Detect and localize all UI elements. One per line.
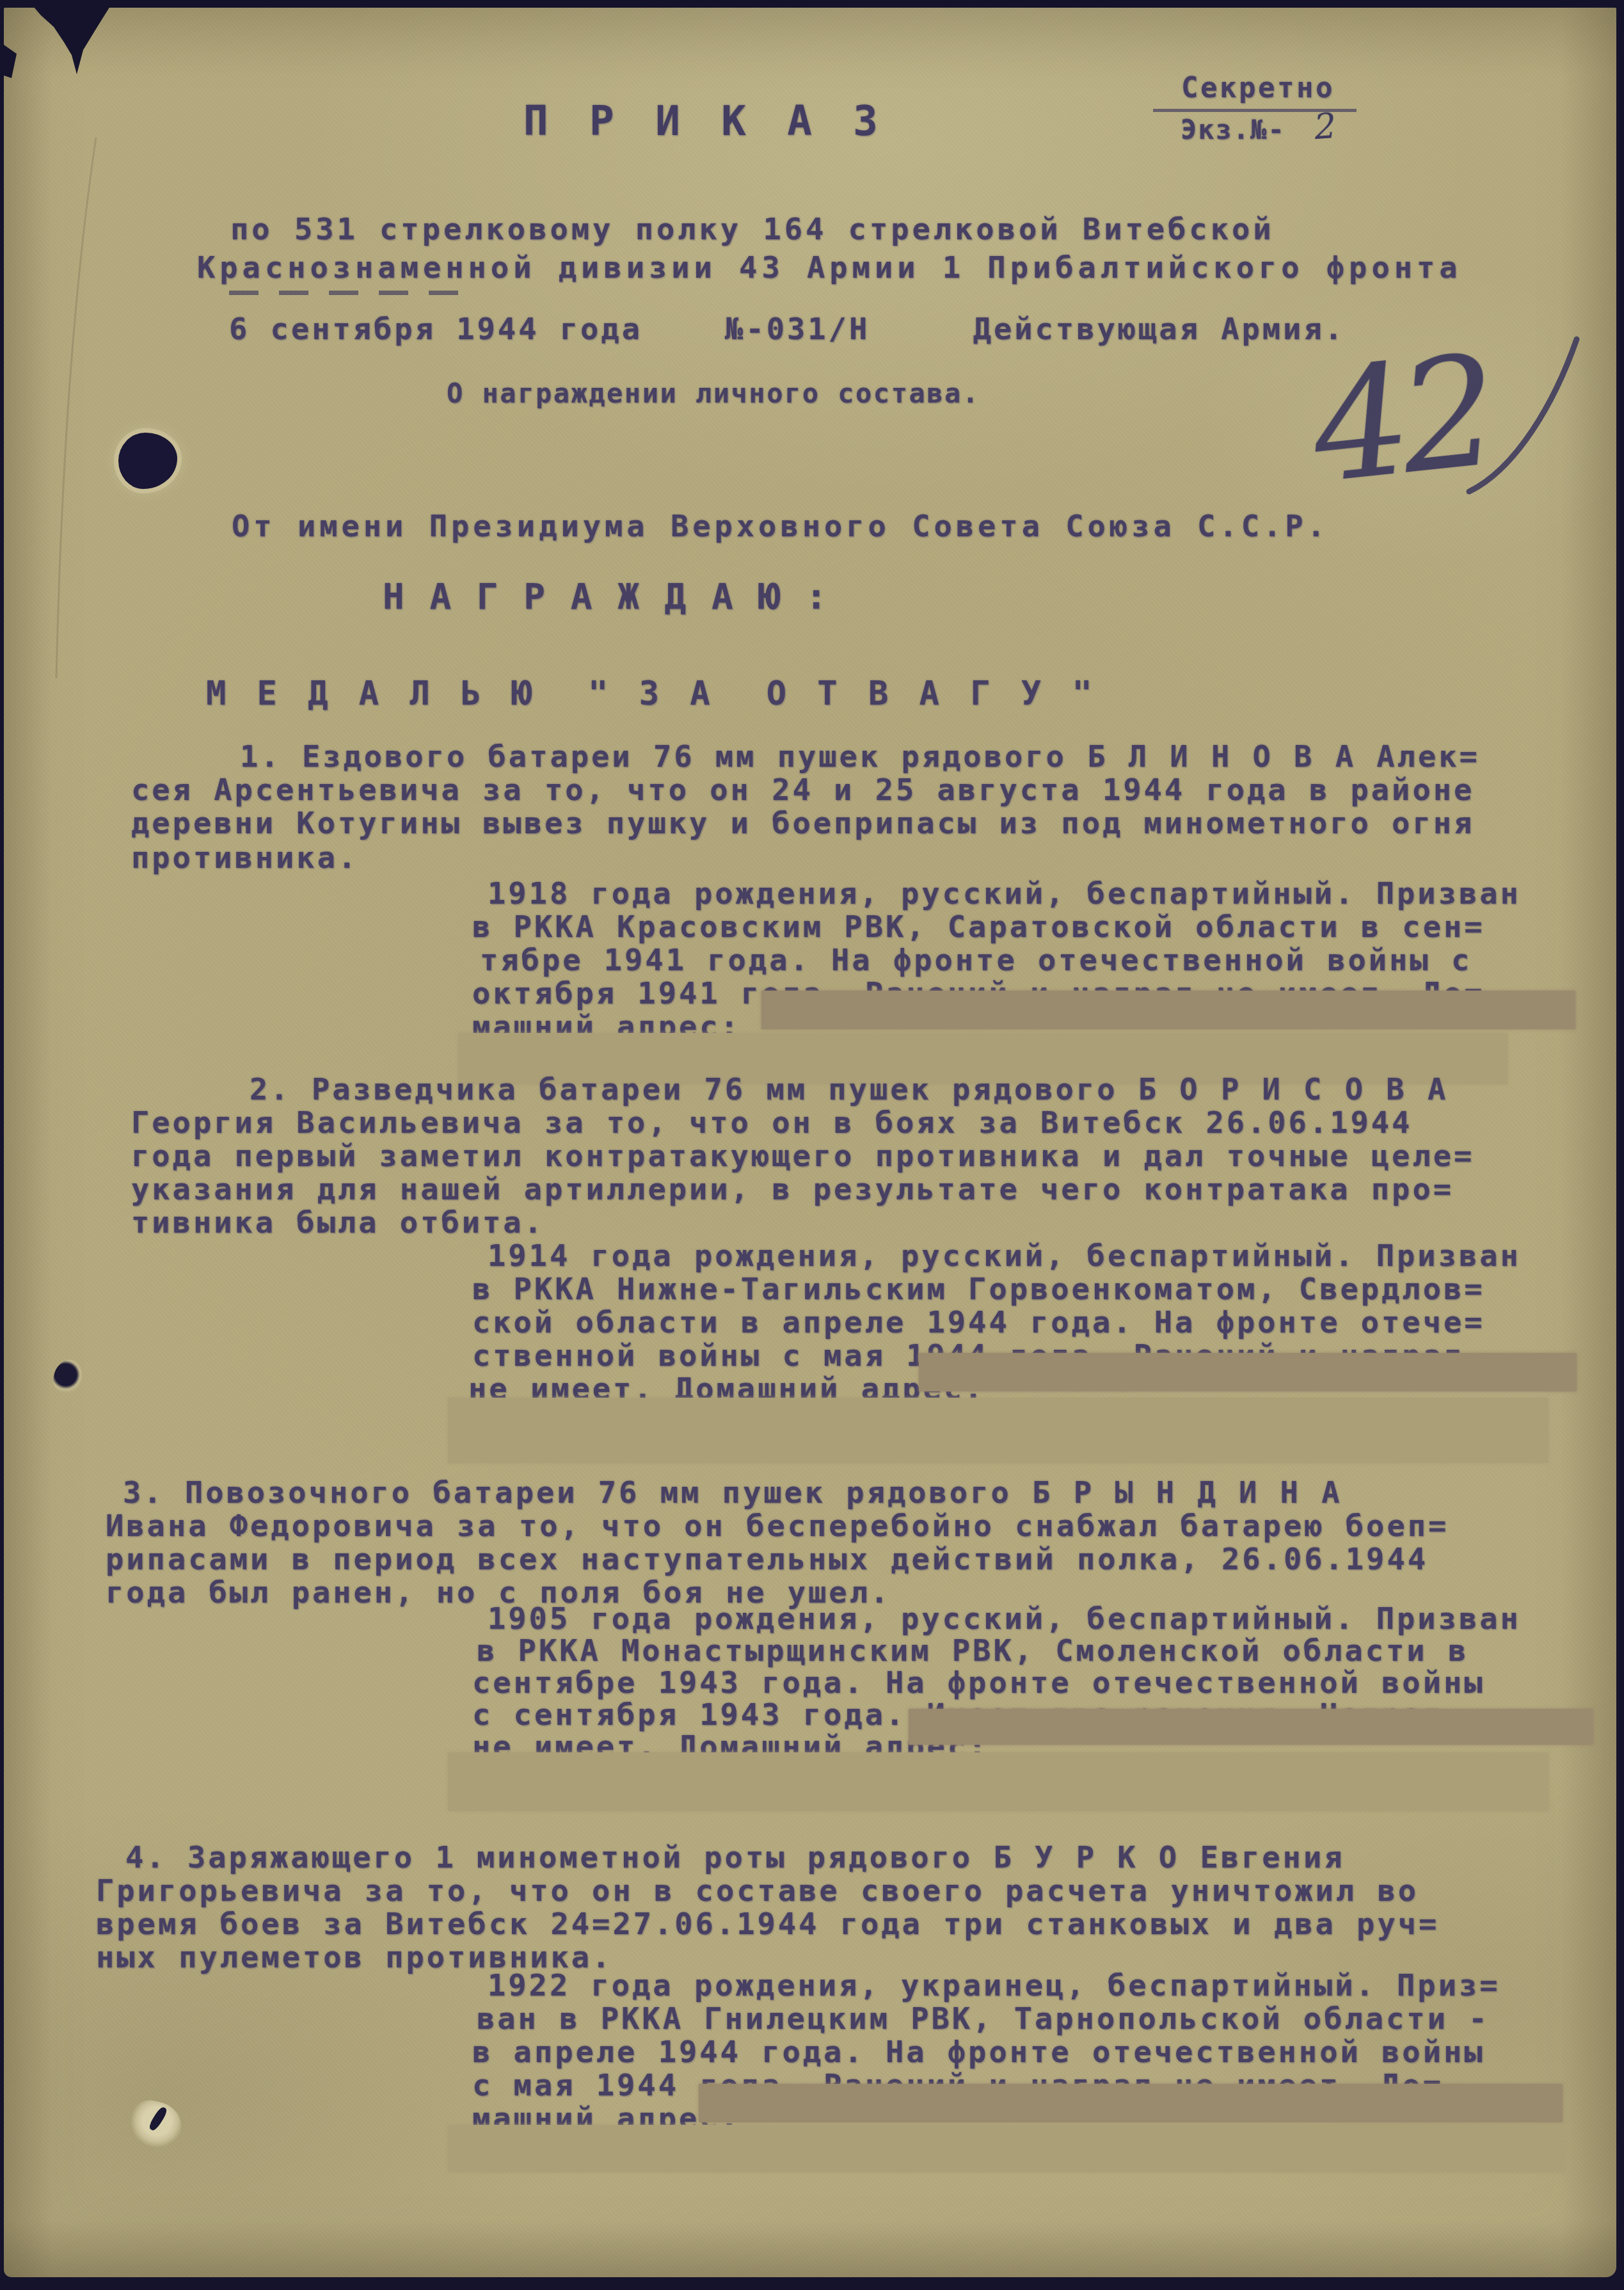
citation-line: тивника была отбита. [131,1207,545,1240]
detail-line: 1905 года рождения, русский, беспартийны… [488,1603,1521,1636]
citation-line: Ивана Федоровича за то, что он бесперебо… [106,1510,1449,1543]
detail-line: в РККА Красовским РВК, Саратовской облас… [472,911,1485,944]
scanned-order-page: Секретно Экз.№- 2 П Р И К А З по 531 стр… [0,0,1624,2290]
citation-line: время боев за Витебск 24=27.06.1944 года… [96,1909,1439,1941]
detail-line: 1918 года рождения, русский, беспартийны… [488,878,1521,911]
redaction-block [919,1353,1577,1391]
detail-line: 1922 года рождения, украинец, беспартийн… [488,1970,1501,2003]
underline-dashes [229,291,465,295]
citation-line: 4. Заряжающего 1 минометной роты рядовог… [125,1842,1345,1875]
citation-line: 3. Повозочного батареи 76 мм пушек рядов… [123,1477,1342,1510]
citation-line: противника. [131,842,358,875]
redaction-block [448,1398,1548,1463]
citation-line: Георгия Васильевича за то, что он в боях… [131,1107,1412,1140]
citation-line: 1. Ездового батареи 76 мм пушек рядового… [240,741,1480,774]
copy-number-label: Экз.№- [1181,115,1286,144]
detail-line: в РККА Нижне-Тагильским Горвоенкоматом, … [472,1274,1485,1306]
detail-line: ван в РККА Гнилецким РВК, Тарнопольской … [477,2003,1490,2036]
copy-number-handwritten: 2 [1313,106,1338,147]
detail-line: в РККА Монастырщинским РВК, Смоленской о… [477,1635,1469,1668]
detail-line: 1914 года рождения, русский, беспартийны… [488,1240,1521,1273]
citation-line: указания для нашей артиллерии, в результ… [131,1174,1454,1206]
subject-line: О награждении личного состава. [447,379,980,408]
redaction-block [448,1752,1548,1811]
citation-line: года первый заметил контратакующего прот… [131,1141,1474,1173]
redaction-block [761,991,1575,1029]
redaction-block [699,2084,1563,2122]
page-number-handwritten: 42 [1304,323,1497,517]
page-title: П Р И К А З [523,100,886,144]
citation-line: рипасами в период всех наступательных де… [106,1544,1428,1576]
detail-line: тябре 1941 года. На фронте отечественной… [480,945,1472,977]
citation-line: 2. Разведчика батареи 76 мм пушек рядово… [250,1074,1448,1107]
detail-line: в апреле 1944 года. На фронте отечествен… [472,2037,1485,2069]
citation-line: сея Арсентьевича за то, что он 24 и 25 а… [131,774,1474,807]
redaction-block [448,2125,1565,2172]
redaction-block [909,1709,1593,1745]
medal-line: М Е Д А Л Ь Ю " З А О Т В А Г У " [206,676,1097,712]
citation-line: Григорьевича за то, что он в составе сво… [96,1875,1419,1908]
preamble-line: От имени Президиума Верховного Совета Со… [232,511,1329,543]
date-number-line: 6 сентября 1944 года №-031/Н Действующая… [229,314,1345,346]
decree-line: Н А Г Р А Ж Д А Ю : [383,578,829,616]
detail-line: сентябре 1943 года. На фронте отечествен… [472,1667,1485,1700]
unit-line-1: по 531 стрелковому полку 164 стрелковой … [230,214,1275,246]
unit-line-2: Краснознаменной дивизии 43 Армии 1 Приба… [197,252,1462,285]
detail-line: ской области в апреле 1944 года. На фрон… [472,1307,1485,1340]
citation-line: деревни Котугины вывез пушку и боеприпас… [131,808,1474,840]
